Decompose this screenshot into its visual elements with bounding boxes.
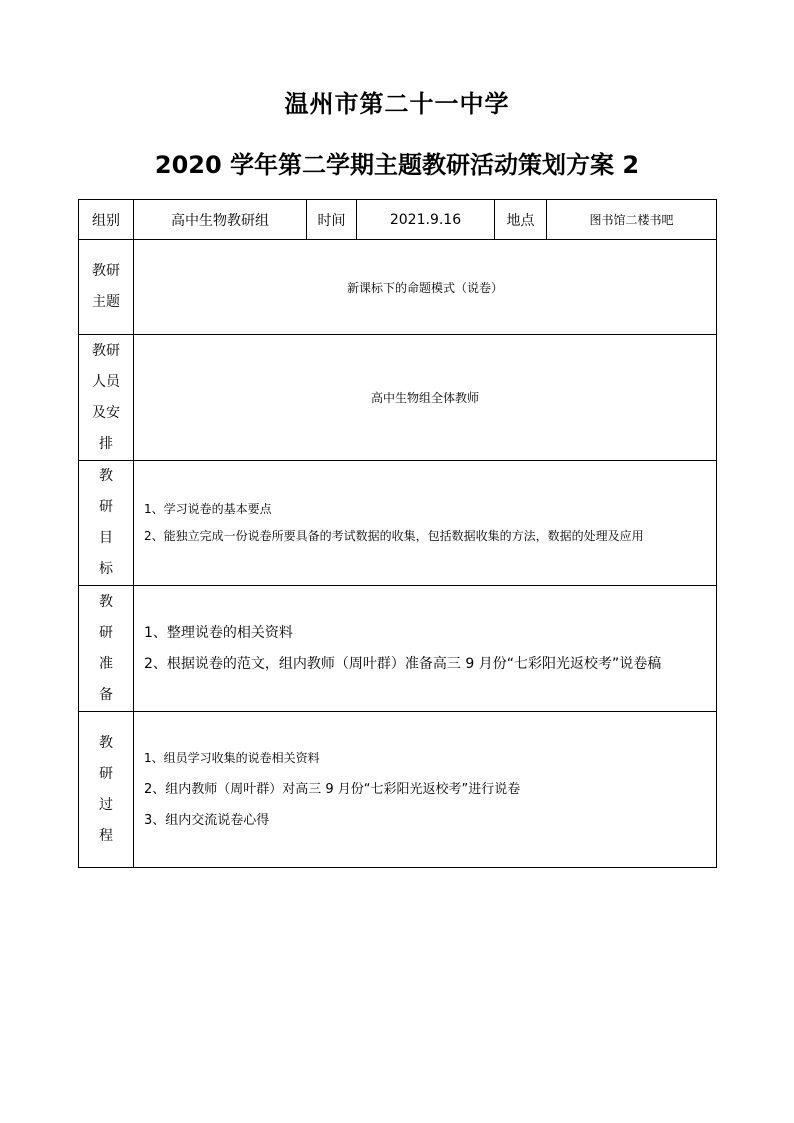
process-content: 1、组员学习收集的说卷相关资料 2、组内教师（周叶群）对高三 9 月份“七彩阳光…: [134, 712, 717, 868]
preparation-item: 2、根据说卷的范文，组内教师（周叶群）准备高三 9 月份“七彩阳光返校考”说卷稿: [144, 649, 716, 680]
goal-item: 2、能独立完成一份说卷所要具备的考试数据的收集，包括数据收集的方法，数据的处理及…: [144, 523, 716, 550]
preparation-label: 教 研 准 备: [79, 586, 134, 712]
theme-label: 教研 主题: [79, 240, 134, 335]
process-item: 2、组内教师（周叶群）对高三 9 月份“七彩阳光返校考”进行说卷: [144, 774, 716, 805]
process-row: 教 研 过 程 1、组员学习收集的说卷相关资料 2、组内教师（周叶群）对高三 9…: [79, 712, 717, 868]
process-item: 1、组员学习收集的说卷相关资料: [144, 743, 716, 774]
school-name: 温州市第二十一中学: [0, 84, 794, 119]
time-label: 时间: [307, 200, 357, 240]
goals-label: 教 研 目 标: [79, 461, 134, 586]
preparation-content: 1、整理说卷的相关资料 2、根据说卷的范文，组内教师（周叶群）准备高三 9 月份…: [134, 586, 717, 712]
group-label: 组别: [79, 200, 134, 240]
info-row: 组别 高中生物教研组 时间 2021.9.16 地点 图书馆二楼书吧: [79, 200, 717, 240]
place-label: 地点: [495, 200, 547, 240]
theme-content: 新课标下的命题模式（说卷）: [134, 240, 717, 335]
preparation-item: 1、整理说卷的相关资料: [144, 618, 716, 649]
theme-row: 教研 主题 新课标下的命题模式（说卷）: [79, 240, 717, 335]
goals-content: 1、学习说卷的基本要点 2、能独立完成一份说卷所要具备的考试数据的收集，包括数据…: [134, 461, 717, 586]
document-title: 2020 学年第二学期主题教研活动策划方案 2: [0, 145, 794, 180]
process-item: 3、组内交流说卷心得: [144, 805, 716, 836]
process-label: 教 研 过 程: [79, 712, 134, 868]
plan-table: 组别 高中生物教研组 时间 2021.9.16 地点 图书馆二楼书吧 教研 主题…: [78, 199, 717, 868]
preparation-row: 教 研 准 备 1、整理说卷的相关资料 2、根据说卷的范文，组内教师（周叶群）准…: [79, 586, 717, 712]
place-value: 图书馆二楼书吧: [547, 200, 717, 240]
goal-item: 1、学习说卷的基本要点: [144, 496, 716, 523]
staff-label: 教研 人员 及安 排: [79, 335, 134, 461]
staff-row: 教研 人员 及安 排 高中生物组全体教师: [79, 335, 717, 461]
goals-row: 教 研 目 标 1、学习说卷的基本要点 2、能独立完成一份说卷所要具备的考试数据…: [79, 461, 717, 586]
staff-content: 高中生物组全体教师: [134, 335, 717, 461]
time-value: 2021.9.16: [357, 200, 495, 240]
group-value: 高中生物教研组: [134, 200, 307, 240]
